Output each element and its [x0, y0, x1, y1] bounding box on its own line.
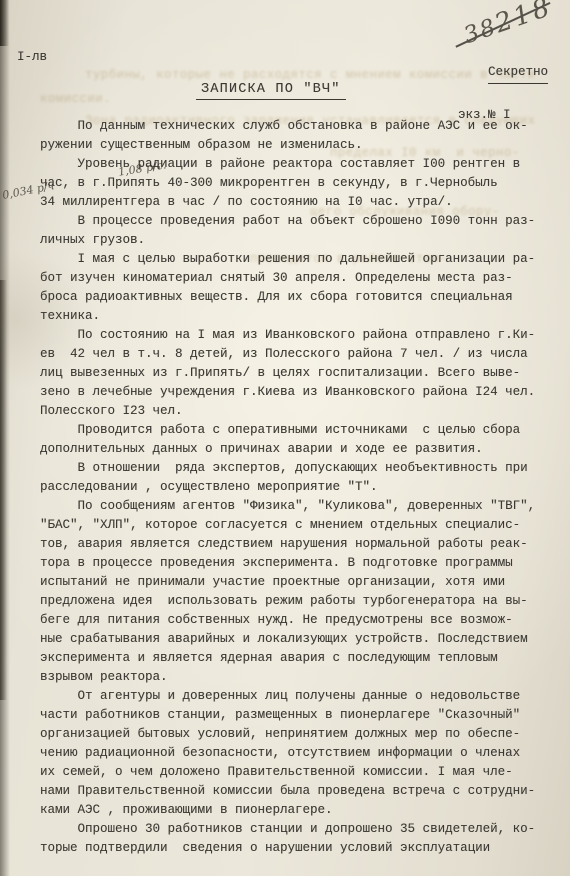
document-page: турбины, которые не расходятся с мнением… — [0, 0, 570, 876]
paragraph-agents-reports: По сообщениям агентов "Физика", "Куликов… — [40, 497, 552, 687]
scan-corner-smudge — [0, 0, 9, 46]
paragraph-situation: По данным технических служб обстановка в… — [40, 117, 552, 155]
paragraph-interrogations: Опрошено 30 работников станции и допроше… — [40, 820, 552, 858]
paragraph-cargo-dropped: В процессе проведения работ на объект сб… — [40, 212, 552, 250]
paragraph-film-material: I мая с целью выработки решения по дальн… — [40, 250, 552, 326]
page-number: 218 — [491, 0, 556, 39]
document-body: По данным технических служб обстановка в… — [40, 117, 552, 858]
paragraph-operative-sources: Проводится работа с оперативными источни… — [40, 421, 552, 459]
handwritten-page-number: 38218 — [460, 0, 557, 50]
paragraph-radiation-levels: Уровень радиации в районе реактора соста… — [40, 155, 552, 212]
registration-mark: I-лв — [17, 48, 47, 67]
paragraph-experts-measure-t: В отношении ряда экспертов, допускающих … — [40, 459, 552, 497]
paragraph-evacuation: По состоянию на I мая из Иванковского ра… — [40, 326, 552, 421]
secrecy-stamp: Секретно — [488, 63, 548, 84]
document-title: ЗАПИСКА ПО "ВЧ" — [196, 82, 346, 100]
paragraph-staff-discontent: От агентуры и доверенных лиц получены да… — [40, 687, 552, 820]
bleedthrough-line: комиссии. — [40, 92, 111, 106]
